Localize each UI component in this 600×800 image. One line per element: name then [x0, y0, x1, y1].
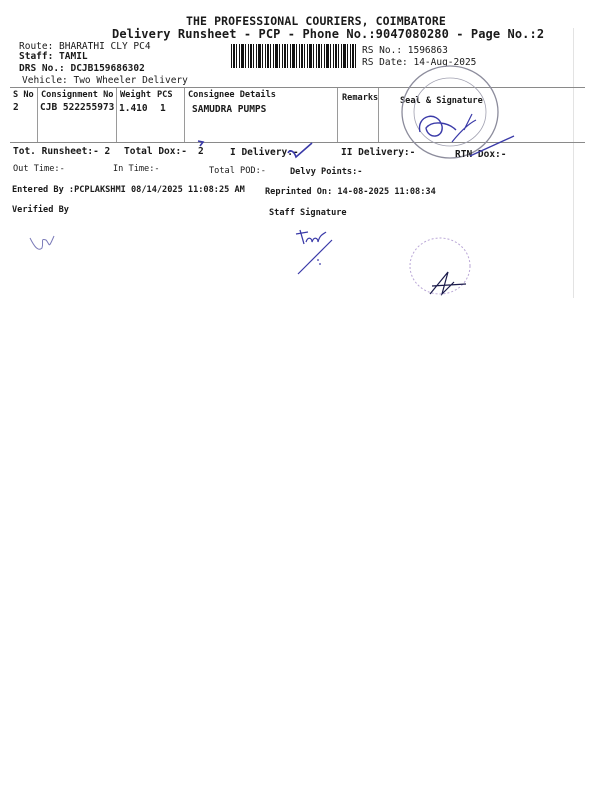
cell-weight: 1.410: [119, 103, 148, 114]
ii-delivery-label: II Delivery:-: [341, 147, 415, 158]
cell-pcs: 1: [160, 103, 166, 114]
col-header-weight: Weight: [120, 90, 151, 100]
reprinted-on: Reprinted On: 14-08-2025 11:08:34: [265, 187, 436, 197]
in-time: In Time:-: [113, 164, 160, 174]
column-divider: [37, 88, 38, 142]
col-header-consignment: Consignment No: [41, 90, 113, 100]
checkmark-icon: [286, 141, 316, 161]
column-divider: [337, 88, 338, 142]
drs-number: DRS No.: DCJB159686302: [19, 63, 145, 74]
total-dox-label: Total Dox:-: [124, 146, 187, 157]
ink-mark: [196, 139, 206, 149]
company-name: THE PROFESSIONAL COURIERS, COIMBATORE: [186, 14, 446, 28]
vehicle-field: Vehicle: Two Wheeler Delivery: [22, 75, 188, 86]
barcode: [231, 44, 356, 68]
staff-field: Staff: TAMIL: [19, 51, 88, 62]
col-header-sno: S No: [13, 90, 34, 100]
cell-sno: 2: [13, 102, 19, 113]
col-header-remarks: Remarks: [342, 93, 378, 103]
verifier-signature: [28, 232, 58, 256]
pen-stroke: [468, 134, 518, 158]
out-time: Out Time:-: [13, 164, 65, 174]
delivery-points: Delvy Points:-: [290, 167, 362, 177]
verified-by-label: Verified By: [12, 205, 69, 215]
page-edge: [573, 28, 574, 298]
total-pod: Total POD:-: [209, 166, 266, 176]
rs-number: RS No.: 1596863: [362, 45, 448, 56]
entered-by: Entered By :PCPLAKSHMI 08/14/2025 11:08:…: [12, 185, 245, 195]
staff-signature-label: Staff Signature: [269, 208, 347, 218]
column-divider: [184, 88, 185, 142]
faded-stamp: [408, 236, 478, 306]
tot-runsheet: Tot. Runsheet:- 2: [13, 146, 110, 157]
cell-consignee: SAMUDRA PUMPS: [192, 104, 266, 115]
runsheet-title: Delivery Runsheet - PCP - Phone No.:9047…: [112, 27, 544, 41]
col-header-pcs: PCS: [157, 90, 173, 100]
staff-signature: [292, 228, 342, 278]
col-header-consignee: Consignee Details: [188, 90, 276, 100]
cell-consignment-no: CJB 522255973: [40, 102, 114, 113]
column-divider: [116, 88, 117, 142]
